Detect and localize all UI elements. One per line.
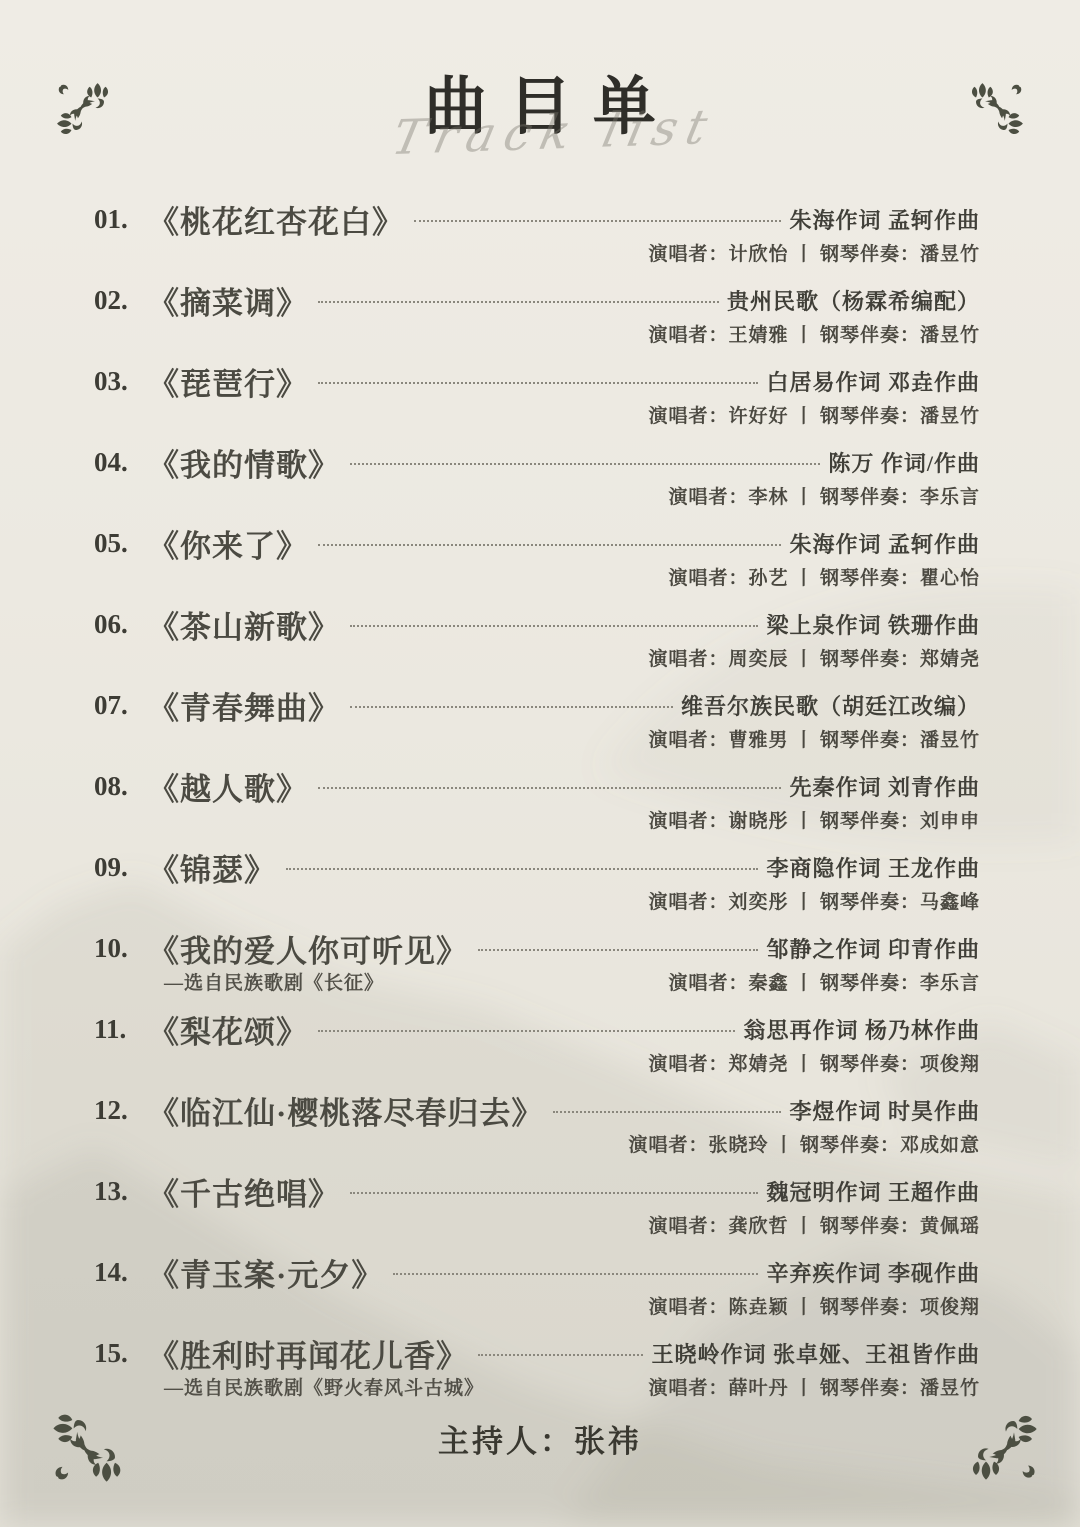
track-title: 《你来了》 (148, 521, 308, 566)
dotted-leader-line (318, 787, 781, 789)
track-title: 《青玉案·元夕》 (148, 1250, 383, 1295)
track-detail-line: 演唱者：陈垚颖 丨 钢琴伴奏：项俊翔 (94, 1292, 980, 1318)
track-title: 《临江仙·樱桃落尽春归去》 (148, 1088, 543, 1133)
track-number: 05. (94, 528, 148, 559)
track-title: 《青春舞曲》 (148, 683, 340, 728)
track-title-line: 06. 《茶山新歌》 梁上泉作词 铁珊作曲 (94, 606, 980, 642)
track-performers: 演唱者：陈垚颖 丨 钢琴伴奏：项俊翔 (648, 1292, 980, 1319)
track-row: 15. 《胜利时再闻花儿香》 王晓岭作词 张卓娅、王祖皆作曲 —选自民族歌剧《野… (94, 1335, 980, 1399)
track-credit: 辛弃疾作词 李砚作曲 (766, 1257, 980, 1288)
track-row: 04. 《我的情歌》 陈万 作词/作曲 演唱者：李林 丨 钢琴伴奏：李乐言 (94, 444, 980, 508)
track-detail-line: 演唱者：计欣怡 丨 钢琴伴奏：潘昱竹 (94, 239, 980, 265)
track-credit: 先秦作词 刘青作曲 (789, 771, 980, 802)
track-credit: 李煜作词 时昊作曲 (789, 1095, 980, 1126)
track-row: 02. 《摘菜调》 贵州民歌（杨霖希编配） 演唱者：王婧雅 丨 钢琴伴奏：潘昱竹 (94, 282, 980, 346)
corner-flourish-icon (960, 82, 1024, 146)
track-performers: 演唱者：张晓玲 丨 钢琴伴奏：邓成如意 (628, 1130, 980, 1157)
track-title-line: 13. 《千古绝唱》 魏冠明作词 王超作曲 (94, 1173, 980, 1209)
track-credit: 白居易作词 邓垚作曲 (766, 366, 980, 397)
track-title-line: 12. 《临江仙·樱桃落尽春归去》 李煜作词 时昊作曲 (94, 1092, 980, 1128)
track-detail-line: 演唱者：王婧雅 丨 钢琴伴奏：潘昱竹 (94, 320, 980, 346)
track-performers: 演唱者：计欣怡 丨 钢琴伴奏：潘昱竹 (648, 239, 980, 266)
corner-flourish-icon (56, 82, 120, 146)
track-credit: 梁上泉作词 铁珊作曲 (766, 609, 980, 640)
track-title: 《茶山新歌》 (148, 602, 340, 647)
track-credit: 陈万 作词/作曲 (828, 447, 980, 478)
track-title-line: 09. 《锦瑟》 李商隐作词 王龙作曲 (94, 849, 980, 885)
track-detail-line: 演唱者：郑婧尧 丨 钢琴伴奏：项俊翔 (94, 1049, 980, 1075)
dotted-leader-line (478, 1354, 643, 1356)
header: 曲目单 Track list (0, 0, 1080, 157)
track-row: 09. 《锦瑟》 李商隐作词 王龙作曲 演唱者：刘奕彤 丨 钢琴伴奏：马鑫峰 (94, 849, 980, 913)
track-row: 12. 《临江仙·樱桃落尽春归去》 李煜作词 时昊作曲 演唱者：张晓玲 丨 钢琴… (94, 1092, 980, 1156)
host-line: 主持人：张祎 (0, 1416, 1080, 1461)
track-number: 11. (94, 1014, 148, 1045)
track-title-line: 02. 《摘菜调》 贵州民歌（杨霖希编配） (94, 282, 980, 318)
track-credit: 王晓岭作词 张卓娅、王祖皆作曲 (651, 1338, 980, 1369)
track-row: 05. 《你来了》 朱海作词 孟轲作曲 演唱者：孙艺 丨 钢琴伴奏：瞿心怡 (94, 525, 980, 589)
dotted-leader-line (393, 1273, 758, 1275)
track-title: 《千古绝唱》 (148, 1169, 340, 1214)
track-title-line: 03. 《琵琶行》 白居易作词 邓垚作曲 (94, 363, 980, 399)
track-performers: 演唱者：周奕辰 丨 钢琴伴奏：郑婧尧 (648, 644, 980, 671)
track-title: 《琵琶行》 (148, 359, 308, 404)
track-detail-line: 演唱者：曹雅男 丨 钢琴伴奏：潘昱竹 (94, 725, 980, 751)
track-number: 04. (94, 447, 148, 478)
program-page: 曲目单 Track list 01. 《桃花红杏花白》 朱海作词 孟轲作曲 演唱… (0, 0, 1080, 1527)
track-number: 02. (94, 285, 148, 316)
track-detail-line: 演唱者：李林 丨 钢琴伴奏：李乐言 (94, 482, 980, 508)
track-row: 11. 《梨花颂》 翁思再作词 杨乃林作曲 演唱者：郑婧尧 丨 钢琴伴奏：项俊翔 (94, 1011, 980, 1075)
dotted-leader-line (318, 1030, 735, 1032)
track-row: 07. 《青春舞曲》 维吾尔族民歌（胡廷江改编） 演唱者：曹雅男 丨 钢琴伴奏：… (94, 687, 980, 751)
dotted-leader-line (553, 1111, 781, 1113)
corner-flourish-icon (958, 1401, 1038, 1481)
track-performers: 演唱者：龚欣哲 丨 钢琴伴奏：黄佩瑶 (648, 1211, 980, 1238)
track-title-line: 07. 《青春舞曲》 维吾尔族民歌（胡廷江改编） (94, 687, 980, 723)
track-title: 《摘菜调》 (148, 278, 308, 323)
track-number: 07. (94, 690, 148, 721)
dotted-leader-line (350, 463, 820, 465)
dotted-leader-line (478, 949, 758, 951)
track-title: 《越人歌》 (148, 764, 308, 809)
track-credit: 贵州民歌（杨霖希编配） (727, 285, 980, 316)
track-performers: 演唱者：秦鑫 丨 钢琴伴奏：李乐言 (668, 968, 980, 995)
track-detail-line: 演唱者：龚欣哲 丨 钢琴伴奏：黄佩瑶 (94, 1211, 980, 1237)
track-row: 14. 《青玉案·元夕》 辛弃疾作词 李砚作曲 演唱者：陈垚颖 丨 钢琴伴奏：项… (94, 1254, 980, 1318)
track-row: 13. 《千古绝唱》 魏冠明作词 王超作曲 演唱者：龚欣哲 丨 钢琴伴奏：黄佩瑶 (94, 1173, 980, 1237)
track-title-line: 01. 《桃花红杏花白》 朱海作词 孟轲作曲 (94, 201, 980, 237)
track-performers: 演唱者：郑婧尧 丨 钢琴伴奏：项俊翔 (648, 1049, 980, 1076)
track-number: 06. (94, 609, 148, 640)
track-detail-line: 演唱者：刘奕彤 丨 钢琴伴奏：马鑫峰 (94, 887, 980, 913)
track-title: 《梨花颂》 (148, 1007, 308, 1052)
track-performers: 演唱者：曹雅男 丨 钢琴伴奏：潘昱竹 (648, 725, 980, 752)
track-number: 01. (94, 204, 148, 235)
track-detail-line: 演唱者：谢晓彤 丨 钢琴伴奏：刘申申 (94, 806, 980, 832)
track-detail-line: —选自民族歌剧《野火春风斗古城》 演唱者：薛叶丹 丨 钢琴伴奏：潘昱竹 (94, 1373, 980, 1399)
track-number: 10. (94, 933, 148, 964)
track-number: 03. (94, 366, 148, 397)
track-title-line: 15. 《胜利时再闻花儿香》 王晓岭作词 张卓娅、王祖皆作曲 (94, 1335, 980, 1371)
track-detail-line: 演唱者：许好好 丨 钢琴伴奏：潘昱竹 (94, 401, 980, 427)
dotted-leader-line (286, 868, 758, 870)
track-number: 13. (94, 1176, 148, 1207)
track-subtitle: —选自民族歌剧《长征》 (164, 968, 384, 995)
track-row: 06. 《茶山新歌》 梁上泉作词 铁珊作曲 演唱者：周奕辰 丨 钢琴伴奏：郑婧尧 (94, 606, 980, 670)
dotted-leader-line (318, 301, 719, 303)
track-performers: 演唱者：孙艺 丨 钢琴伴奏：瞿心怡 (668, 563, 980, 590)
track-title: 《我的爱人你可听见》 (148, 926, 468, 971)
track-number: 14. (94, 1257, 148, 1288)
track-detail-line: 演唱者：张晓玲 丨 钢琴伴奏：邓成如意 (94, 1130, 980, 1156)
track-row: 10. 《我的爱人你可听见》 邹静之作词 印青作曲 —选自民族歌剧《长征》 演唱… (94, 930, 980, 994)
track-credit: 邹静之作词 印青作曲 (766, 933, 980, 964)
track-title-line: 10. 《我的爱人你可听见》 邹静之作词 印青作曲 (94, 930, 980, 966)
track-number: 08. (94, 771, 148, 802)
track-row: 03. 《琵琶行》 白居易作词 邓垚作曲 演唱者：许好好 丨 钢琴伴奏：潘昱竹 (94, 363, 980, 427)
track-title: 《我的情歌》 (148, 440, 340, 485)
track-title-line: 04. 《我的情歌》 陈万 作词/作曲 (94, 444, 980, 480)
track-credit: 维吾尔族民歌（胡廷江改编） (681, 690, 980, 721)
track-performers: 演唱者：许好好 丨 钢琴伴奏：潘昱竹 (648, 401, 980, 428)
dotted-leader-line (350, 706, 673, 708)
corner-flourish-icon (52, 1399, 136, 1483)
track-subtitle: —选自民族歌剧《野火春风斗古城》 (164, 1373, 484, 1400)
track-list: 01. 《桃花红杏花白》 朱海作词 孟轲作曲 演唱者：计欣怡 丨 钢琴伴奏：潘昱… (0, 157, 1080, 1399)
track-detail-line: 演唱者：周奕辰 丨 钢琴伴奏：郑婧尧 (94, 644, 980, 670)
track-title: 《桃花红杏花白》 (148, 197, 404, 242)
track-title-line: 05. 《你来了》 朱海作词 孟轲作曲 (94, 525, 980, 561)
track-number: 15. (94, 1338, 148, 1369)
track-performers: 演唱者：薛叶丹 丨 钢琴伴奏：潘昱竹 (648, 1373, 980, 1400)
track-performers: 演唱者：李林 丨 钢琴伴奏：李乐言 (668, 482, 980, 509)
track-performers: 演唱者：刘奕彤 丨 钢琴伴奏：马鑫峰 (648, 887, 980, 914)
dotted-leader-line (350, 1192, 758, 1194)
dotted-leader-line (350, 625, 758, 627)
dotted-leader-line (318, 544, 781, 546)
track-row: 08. 《越人歌》 先秦作词 刘青作曲 演唱者：谢晓彤 丨 钢琴伴奏：刘申申 (94, 768, 980, 832)
track-title: 《胜利时再闻花儿香》 (148, 1331, 468, 1376)
dotted-leader-line (414, 220, 781, 222)
track-title: 《锦瑟》 (148, 845, 276, 890)
track-detail-line: 演唱者：孙艺 丨 钢琴伴奏：瞿心怡 (94, 563, 980, 589)
track-title-line: 08. 《越人歌》 先秦作词 刘青作曲 (94, 768, 980, 804)
track-credit: 李商隐作词 王龙作曲 (766, 852, 980, 883)
track-credit: 朱海作词 孟轲作曲 (789, 528, 980, 559)
track-detail-line: —选自民族歌剧《长征》 演唱者：秦鑫 丨 钢琴伴奏：李乐言 (94, 968, 980, 994)
track-credit: 朱海作词 孟轲作曲 (789, 204, 980, 235)
dotted-leader-line (318, 382, 758, 384)
track-credit: 翁思再作词 杨乃林作曲 (743, 1014, 980, 1045)
track-number: 09. (94, 852, 148, 883)
track-row: 01. 《桃花红杏花白》 朱海作词 孟轲作曲 演唱者：计欣怡 丨 钢琴伴奏：潘昱… (94, 201, 980, 265)
track-credit: 魏冠明作词 王超作曲 (766, 1176, 980, 1207)
track-number: 12. (94, 1095, 148, 1126)
track-title-line: 14. 《青玉案·元夕》 辛弃疾作词 李砚作曲 (94, 1254, 980, 1290)
track-performers: 演唱者：谢晓彤 丨 钢琴伴奏：刘申申 (648, 806, 980, 833)
track-performers: 演唱者：王婧雅 丨 钢琴伴奏：潘昱竹 (648, 320, 980, 347)
track-title-line: 11. 《梨花颂》 翁思再作词 杨乃林作曲 (94, 1011, 980, 1047)
